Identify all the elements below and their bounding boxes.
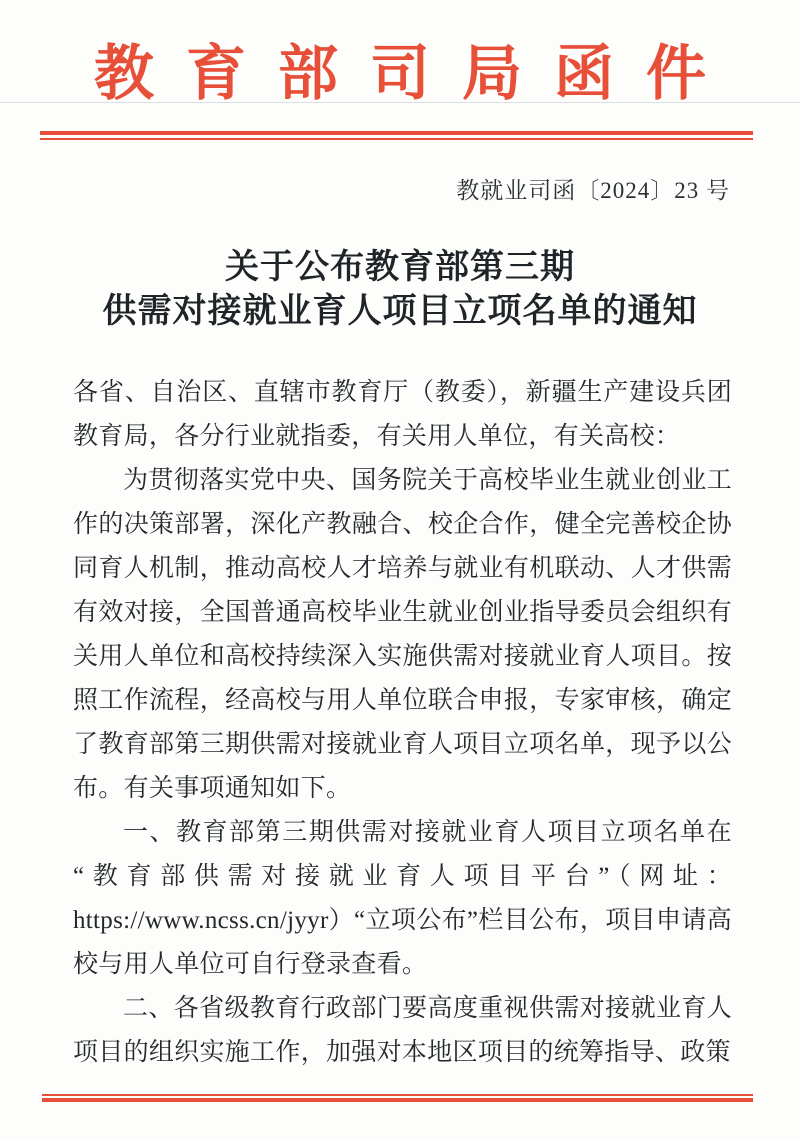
paragraph-background: 为贯彻落实党中央、国务院关于高校毕业生就业创业工作的决策部署，深化产教融合、校企… xyxy=(73,459,732,811)
doc-number: 教就业司函〔2024〕23 号 xyxy=(456,172,730,205)
notice-title: 关于公布教育部第三期 供需对接就业育人项目立项名单的通知 xyxy=(0,246,800,334)
salutation: 各省、自治区、直辖市教育厅（教委），新疆生产建设兵团教育局，各分行业就指委，有关… xyxy=(73,371,732,459)
masthead-title: 教育部司局函件 xyxy=(0,40,800,108)
paragraph-item-1-platform: 一、教育部第三期供需对接就业育人项目立项名单在“教育部供需对接就业育人项目平台”… xyxy=(73,811,732,987)
document-page: 教育部司局函件 教就业司函〔2024〕23 号 关于公布教育部第三期 供需对接就… xyxy=(0,0,800,1141)
paragraph-item-2-provincial: 二、各省级教育行政部门要高度重视供需对接就业育人项目的组织实施工作，加强对本地区… xyxy=(73,987,732,1075)
footer-divider xyxy=(42,1094,753,1102)
header-divider xyxy=(40,131,753,140)
notice-title-line1: 关于公布教育部第三期 xyxy=(0,246,800,290)
notice-title-line2: 供需对接就业育人项目立项名单的通知 xyxy=(0,290,800,334)
document-body: 各省、自治区、直辖市教育厅（教委），新疆生产建设兵团教育局，各分行业就指委，有关… xyxy=(73,371,732,1075)
scan-artifact-line xyxy=(0,102,800,103)
